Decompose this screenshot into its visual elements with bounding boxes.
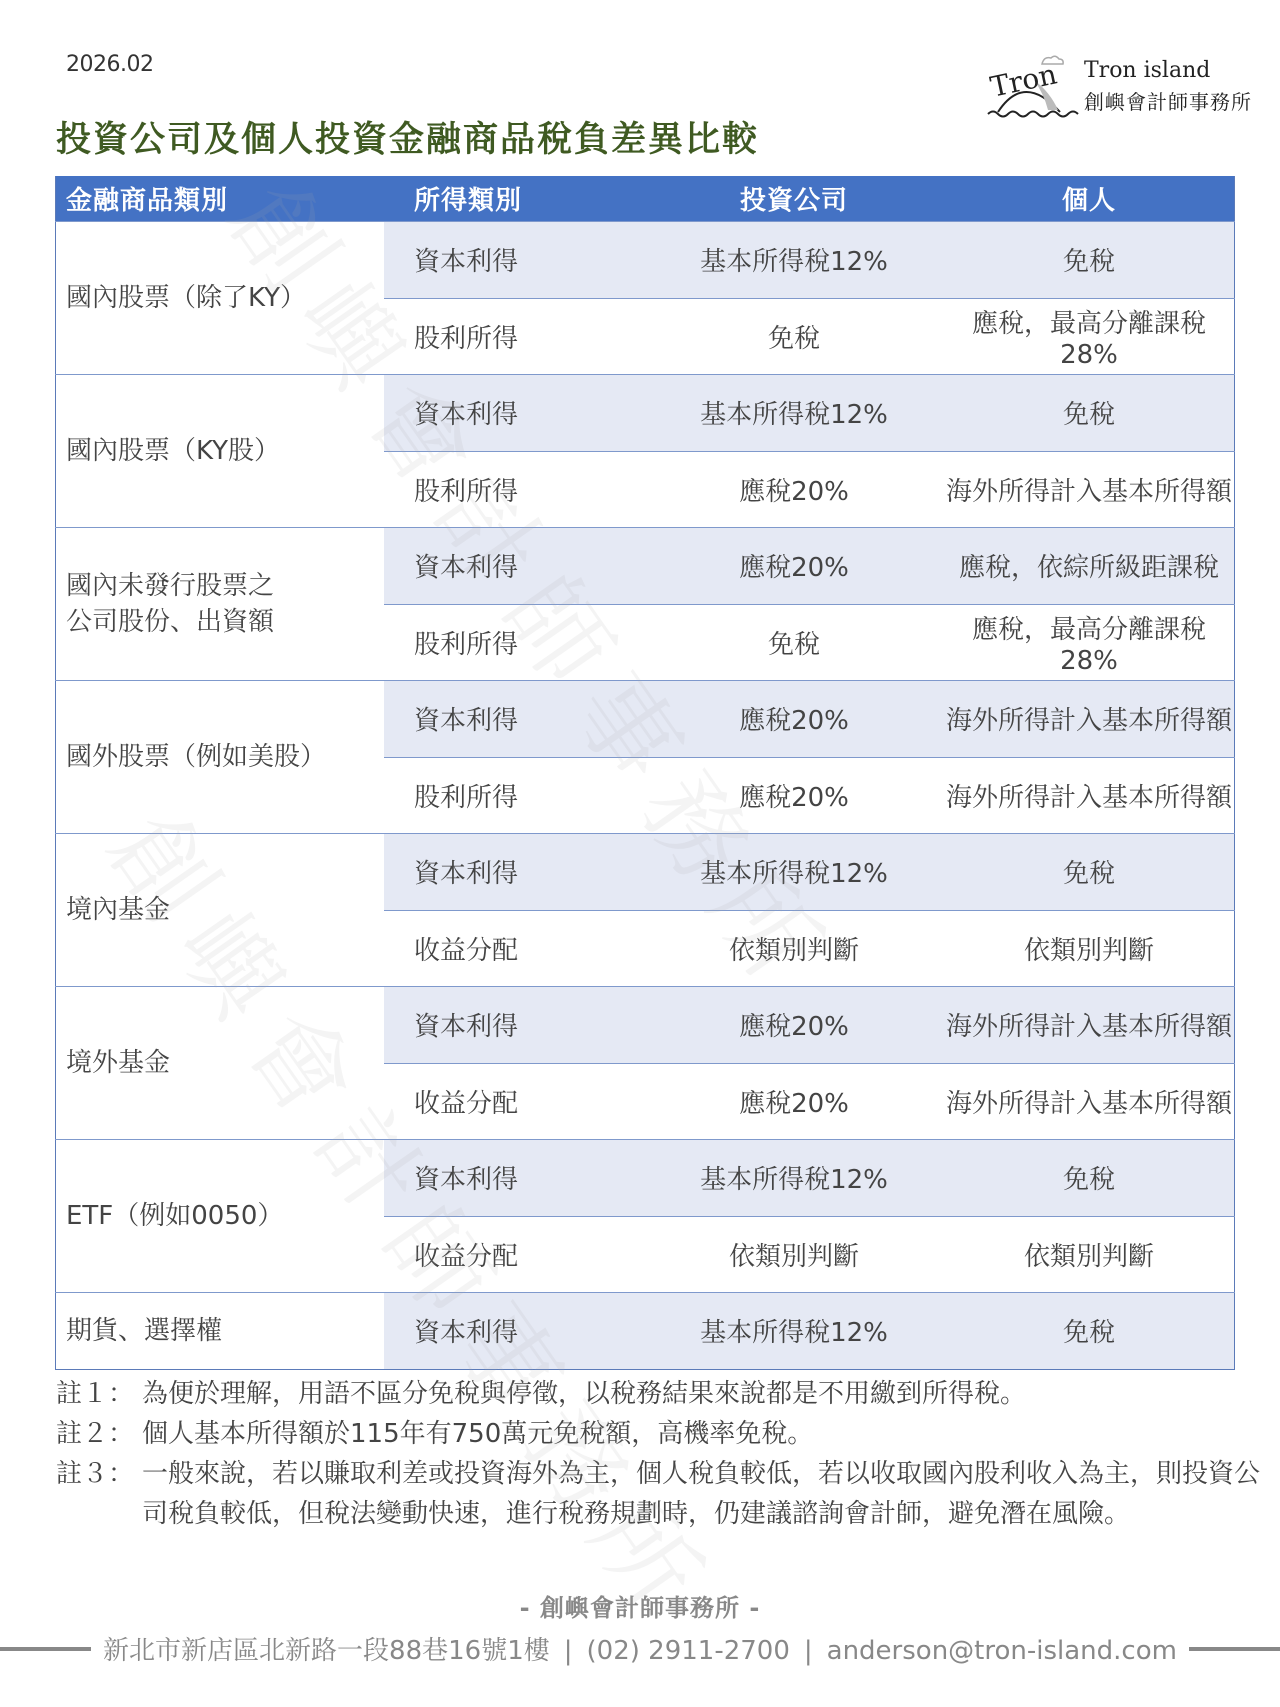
income-type-cell: 資本利得: [384, 375, 644, 452]
category-line: 公司股份、出資額: [66, 604, 384, 640]
company-tax-cell: 應稅20%: [644, 757, 944, 834]
table-row: 期貨、選擇權 資本利得 基本所得稅12% 免稅: [56, 1293, 1235, 1370]
firm-logo: Tron Tron island 創嶼會計師事務所: [984, 50, 1280, 130]
footnote-text: 個人基本所得額於115年有750萬元免稅額，高機率免稅。: [142, 1414, 1280, 1454]
footnote-text: 一般來說，若以賺取利差或投資海外為主，個人稅負較低，若以收取國內股利收入為主，則…: [142, 1454, 1280, 1534]
column-header-category: 金融商品類別: [56, 176, 385, 222]
category-cell: 國內未發行股票之 公司股份、出資額: [56, 528, 385, 681]
table-row: 國內股票（KY股） 資本利得 基本所得稅12% 免稅: [56, 375, 1235, 452]
table-row: 境外基金 資本利得 應稅20% 海外所得計入基本所得額: [56, 987, 1235, 1064]
footer-divider-left: [0, 1647, 91, 1651]
footer-phone: (02) 2911-2700: [587, 1636, 790, 1666]
table-row: 境內基金 資本利得 基本所得稅12% 免稅: [56, 834, 1235, 911]
income-type-cell: 資本利得: [384, 1140, 644, 1217]
footnote-2: 註２： 個人基本所得額於115年有750萬元免稅額，高機率免稅。: [56, 1414, 1280, 1454]
company-tax-cell: 應稅20%: [644, 451, 944, 528]
individual-tax-cell: 應稅，依綜所級距課稅: [944, 528, 1235, 605]
footer-contact-bar: 新北市新店區北新路一段88巷16號1樓|(02) 2911-2700|ander…: [0, 1630, 1280, 1667]
category-cell: 期貨、選擇權: [56, 1293, 385, 1370]
individual-tax-cell: 免稅: [944, 1293, 1235, 1370]
individual-tax-cell: 應稅，最高分離課稅28%: [944, 298, 1235, 375]
footnote-3: 註３： 一般來說，若以賺取利差或投資海外為主，個人稅負較低，若以收取國內股利收入…: [56, 1454, 1280, 1534]
footnote-label: 註２：: [56, 1414, 142, 1454]
footer-divider-right: [1189, 1647, 1280, 1651]
document-date: 2026.02: [66, 52, 153, 77]
table-header-row: 金融商品類別 所得類別 投資公司 個人: [56, 176, 1235, 222]
income-type-cell: 資本利得: [384, 1293, 644, 1370]
logo-name-english: Tron island: [1084, 58, 1210, 83]
category-line: 國內未發行股票之: [66, 568, 384, 604]
footnote-label: 註１：: [56, 1374, 142, 1414]
footer-contact: 新北市新店區北新路一段88巷16號1樓|(02) 2911-2700|ander…: [103, 1630, 1177, 1667]
company-tax-cell: 基本所得稅12%: [644, 834, 944, 911]
category-cell: 境外基金: [56, 987, 385, 1140]
logo-name-chinese: 創嶼會計師事務所: [1084, 86, 1252, 115]
footer-email[interactable]: anderson@tron-island.com: [827, 1636, 1177, 1666]
company-tax-cell: 免稅: [644, 298, 944, 375]
footnotes: 註１： 為便於理解，用語不區分免稅與停徵，以稅務結果來說都是不用繳到所得稅。 註…: [56, 1374, 1280, 1534]
individual-tax-cell: 海外所得計入基本所得額: [944, 757, 1235, 834]
company-tax-cell: 基本所得稅12%: [644, 375, 944, 452]
income-type-cell: 資本利得: [384, 681, 644, 758]
individual-tax-cell: 免稅: [944, 1140, 1235, 1217]
tron-island-logo-icon: Tron: [984, 50, 1080, 130]
individual-tax-cell: 依類別判斷: [944, 1216, 1235, 1293]
income-type-cell: 股利所得: [384, 604, 644, 681]
company-tax-cell: 基本所得稅12%: [644, 222, 944, 299]
category-cell: ETF（例如0050）: [56, 1140, 385, 1293]
company-tax-cell: 應稅20%: [644, 681, 944, 758]
individual-tax-cell: 免稅: [944, 375, 1235, 452]
individual-tax-cell: 應稅，最高分離課稅28%: [944, 604, 1235, 681]
table-row: ETF（例如0050） 資本利得 基本所得稅12% 免稅: [56, 1140, 1235, 1217]
income-type-cell: 股利所得: [384, 757, 644, 834]
category-cell: 境內基金: [56, 834, 385, 987]
footnote-1: 註１： 為便於理解，用語不區分免稅與停徵，以稅務結果來說都是不用繳到所得稅。: [56, 1374, 1280, 1414]
individual-tax-cell: 免稅: [944, 834, 1235, 911]
company-tax-cell: 依類別判斷: [644, 1216, 944, 1293]
individual-tax-cell: 免稅: [944, 222, 1235, 299]
company-tax-cell: 應稅20%: [644, 987, 944, 1064]
footer-firm-name: - 創嶼會計師事務所 -: [0, 1588, 1280, 1623]
income-type-cell: 收益分配: [384, 1063, 644, 1140]
column-header-income-type: 所得類別: [384, 176, 644, 222]
individual-tax-cell: 海外所得計入基本所得額: [944, 1063, 1235, 1140]
income-type-cell: 資本利得: [384, 528, 644, 605]
company-tax-cell: 依類別判斷: [644, 910, 944, 987]
income-type-cell: 收益分配: [384, 910, 644, 987]
table-row: 國內股票（除了KY） 資本利得 基本所得稅12% 免稅: [56, 222, 1235, 299]
footnote-text: 為便於理解，用語不區分免稅與停徵，以稅務結果來說都是不用繳到所得稅。: [142, 1374, 1280, 1414]
page-title: 投資公司及個人投資金融商品稅負差異比較: [56, 112, 759, 162]
footer-address: 新北市新店區北新路一段88巷16號1樓: [103, 1636, 550, 1666]
footnote-label: 註３：: [56, 1454, 142, 1534]
company-tax-cell: 基本所得稅12%: [644, 1293, 944, 1370]
column-header-company: 投資公司: [644, 176, 944, 222]
category-cell: 國內股票（除了KY）: [56, 222, 385, 375]
footer-separator: |: [804, 1636, 813, 1666]
individual-tax-cell: 依類別判斷: [944, 910, 1235, 987]
income-type-cell: 股利所得: [384, 451, 644, 528]
table-row: 國外股票（例如美股） 資本利得 應稅20% 海外所得計入基本所得額: [56, 681, 1235, 758]
company-tax-cell: 應稅20%: [644, 1063, 944, 1140]
tax-comparison-table: 金融商品類別 所得類別 投資公司 個人 國內股票（除了KY） 資本利得 基本所得…: [55, 176, 1235, 1370]
income-type-cell: 資本利得: [384, 987, 644, 1064]
income-type-cell: 資本利得: [384, 222, 644, 299]
company-tax-cell: 免稅: [644, 604, 944, 681]
company-tax-cell: 基本所得稅12%: [644, 1140, 944, 1217]
column-header-individual: 個人: [944, 176, 1235, 222]
individual-tax-cell: 海外所得計入基本所得額: [944, 681, 1235, 758]
table-row: 國內未發行股票之 公司股份、出資額 資本利得 應稅20% 應稅，依綜所級距課稅: [56, 528, 1235, 605]
income-type-cell: 股利所得: [384, 298, 644, 375]
individual-tax-cell: 海外所得計入基本所得額: [944, 987, 1235, 1064]
category-cell: 國外股票（例如美股）: [56, 681, 385, 834]
income-type-cell: 收益分配: [384, 1216, 644, 1293]
income-type-cell: 資本利得: [384, 834, 644, 911]
company-tax-cell: 應稅20%: [644, 528, 944, 605]
individual-tax-cell: 海外所得計入基本所得額: [944, 451, 1235, 528]
category-cell: 國內股票（KY股）: [56, 375, 385, 528]
footer-separator: |: [564, 1636, 573, 1666]
